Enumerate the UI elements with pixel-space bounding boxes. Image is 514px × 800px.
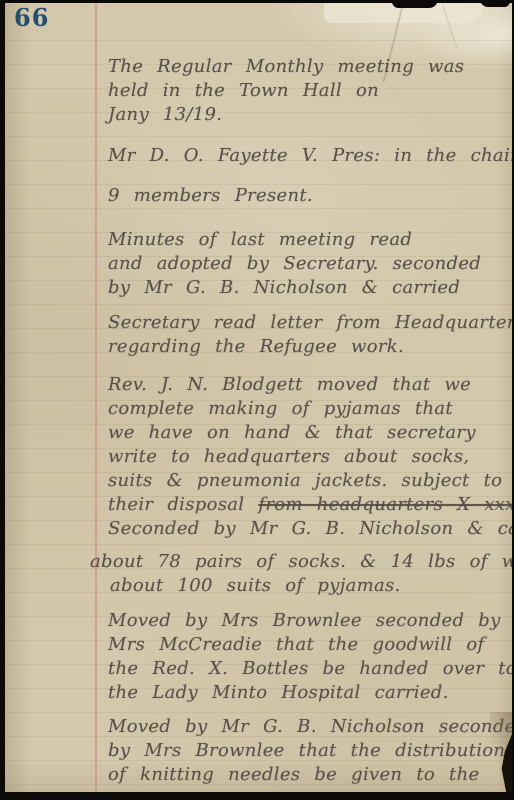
handwritten-line: by Mr G. B. Nicholson & carried [108, 276, 502, 300]
paragraph-nicholson-motion: Moved by Mr G. B. Nicholson seconded by … [98, 715, 502, 787]
handwritten-line: regarding the Refugee work. [108, 335, 502, 359]
handwritten-line: complete making of pyjamas that [108, 397, 502, 421]
paragraph-headquarters-letter: Secretary read letter from Headquarters … [98, 311, 502, 359]
paragraph-attendance: 9 members Present. [98, 184, 502, 208]
paragraph-brownlee-motion: Moved by Mrs Brownlee seconded by Mrs Mc… [98, 609, 502, 705]
ledger-page: 66 The Regular Monthly meeting was held … [5, 3, 512, 792]
torn-edge-notch [392, 3, 438, 8]
red-margin-line [95, 3, 97, 792]
handwritten-line: Moved by Mr G. B. Nicholson seconded [108, 715, 502, 739]
handwritten-line: Mrs McCreadie that the goodwill of [108, 633, 502, 657]
handwritten-line: Rev. J. N. Blodgett moved that we [108, 373, 502, 397]
handwritten-line: about 78 pairs of socks. & 14 lbs of woo… [98, 550, 502, 574]
handwritten-line: the Red. X. Bottles be handed over to [108, 657, 502, 681]
paragraph-meeting-opening: The Regular Monthly meeting was held in … [98, 55, 502, 127]
handwritten-line: the Lady Minto Hospital carried. [108, 681, 502, 705]
struck-out-text: from headquarters X xxx [258, 494, 512, 515]
handwritten-line: The Regular Monthly meeting was [108, 55, 502, 79]
handwritten-line-with-strikeout: their disposal from headquarters X xxx [108, 493, 502, 517]
handwritten-line: Seconded by Mr G. B. Nicholson & carried… [108, 517, 502, 541]
handwritten-line: we have on hand & that secretary [108, 421, 502, 445]
handwritten-line: write to headquarters about socks, [108, 445, 502, 469]
paragraph-minutes-adopted: Minutes of last meeting read and adopted… [98, 228, 502, 300]
handwritten-line: suits & pneumonia jackets. subject to [108, 469, 502, 493]
minutes-text: The Regular Monthly meeting was held in … [98, 55, 502, 787]
handwritten-line: and adopted by Secretary. seconded [108, 252, 502, 276]
torn-edge-notch [480, 3, 510, 7]
handwritten-line: Moved by Mrs Brownlee seconded by [108, 609, 502, 633]
paragraph-supply-counts: about 78 pairs of socks. & 14 lbs of woo… [98, 550, 502, 598]
paragraph-chairman: Mr D. O. Fayette V. Pres: in the chair [98, 144, 502, 168]
handwritten-line: Minutes of last meeting read [108, 228, 502, 252]
handwritten-line: Jany 13/19. [108, 103, 502, 127]
page-number: 66 [14, 3, 49, 32]
paragraph-blodgett-motion: Rev. J. N. Blodgett moved that we comple… [98, 373, 502, 541]
strike-pre-text: their disposal [108, 494, 244, 515]
handwritten-line: by Mrs Brownlee that the distribution [108, 739, 502, 763]
handwritten-line: of knitting needles be given to the [108, 763, 502, 787]
handwritten-line: Mr D. O. Fayette V. Pres: in the chair [108, 144, 502, 168]
handwritten-line: held in the Town Hall on [108, 79, 502, 103]
handwritten-line: Secretary read letter from Headquarters [108, 311, 502, 335]
handwritten-line: 9 members Present. [108, 184, 502, 208]
handwritten-line: about 100 suits of pyjamas. [98, 574, 502, 598]
